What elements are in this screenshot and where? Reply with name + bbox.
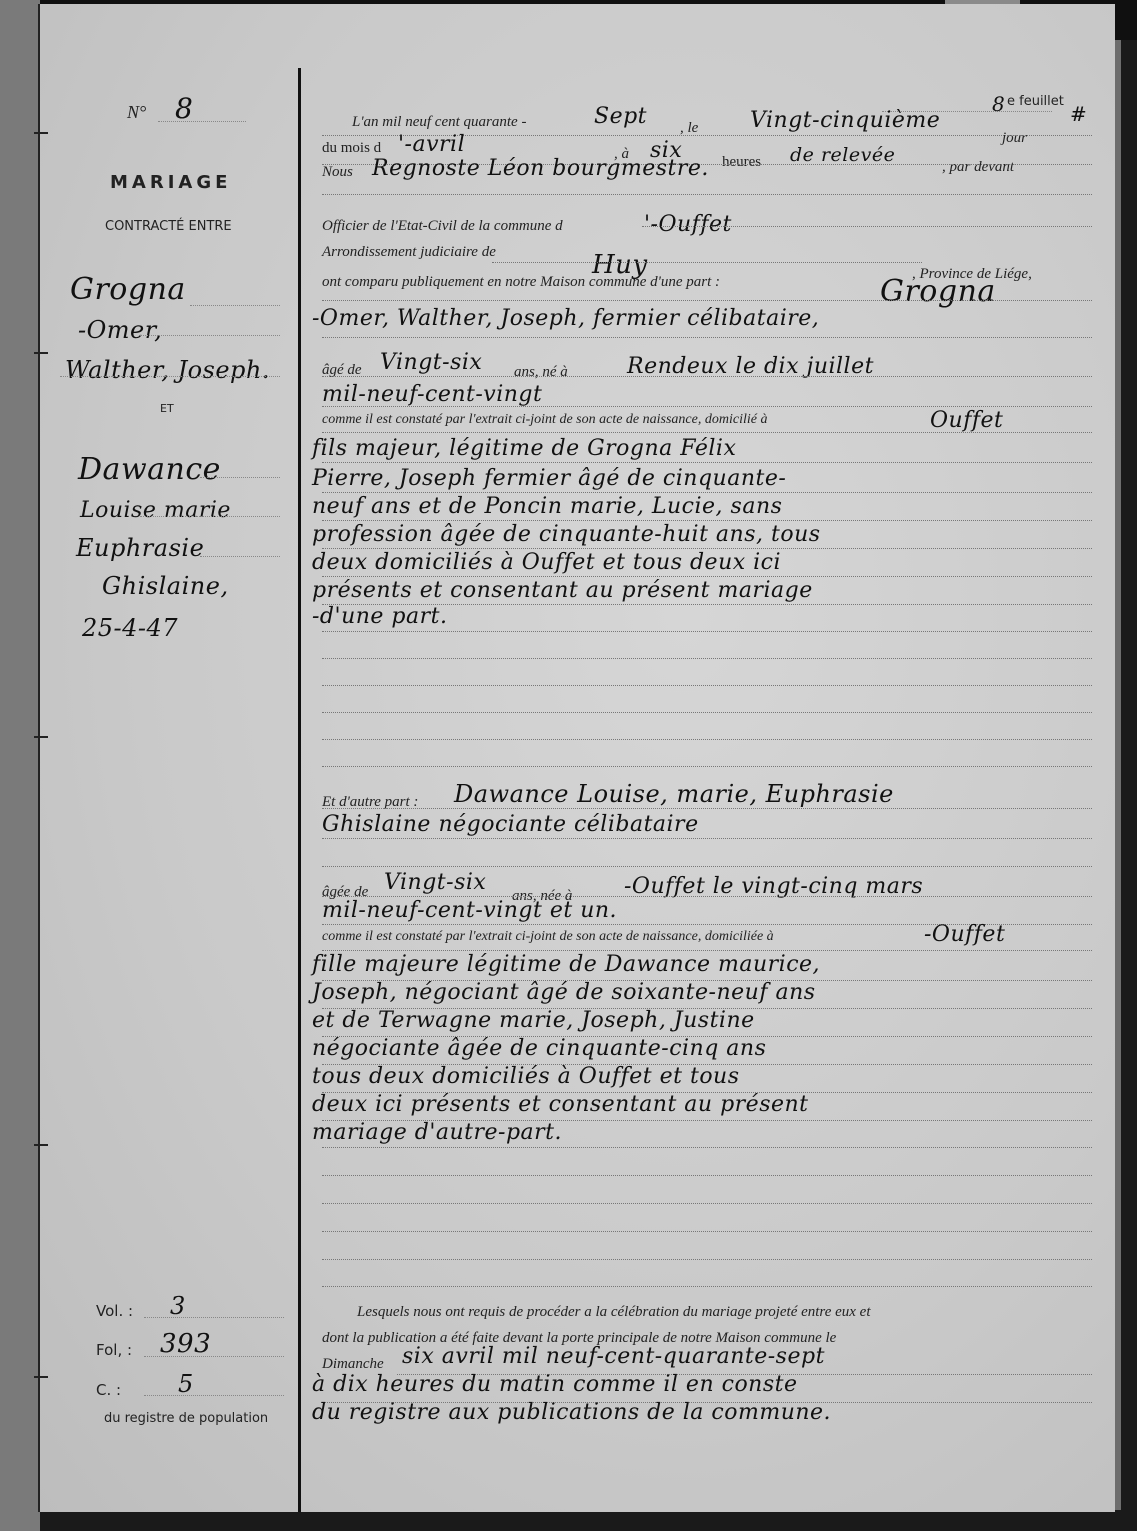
ruled-line <box>642 226 1092 227</box>
printed-text: ans, né à <box>514 364 568 381</box>
printed-text: comme il est constaté par l'extrait ci-j… <box>322 929 774 945</box>
vol-label: Vol. : <box>96 1302 133 1320</box>
printed-text: du mois d <box>322 140 381 157</box>
printed-text: Officier de l'Etat-Civil de la commune d <box>322 218 563 235</box>
bride-parents-line: fille majeure légitime de Dawance mauric… <box>312 952 820 977</box>
ruled-line <box>322 950 1092 951</box>
printed-text: heures <box>722 154 761 171</box>
margin-rule <box>60 376 280 377</box>
background-left <box>0 0 40 1531</box>
groom-age-field: Vingt-six <box>380 350 482 375</box>
ruled-line <box>322 1203 1092 1204</box>
printed-text: Dimanche <box>322 1356 384 1373</box>
register-page: N° 8 MARIAGE CONTRACTÉ ENTRE Grogna -Ome… <box>38 4 1115 1512</box>
c-label: C. : <box>96 1381 121 1399</box>
number-label: N° <box>127 102 146 123</box>
act-body: 8 e feuillet # L'an mil neuf cent quaran… <box>302 4 1102 1512</box>
ruled-line <box>492 262 922 263</box>
ruled-line <box>322 300 1092 301</box>
et-label: ET <box>160 402 174 415</box>
printed-text: L'an mil neuf cent quarante - <box>352 114 526 131</box>
ruled-line <box>322 766 1092 767</box>
groom-parents-line: neuf ans et de Poncin marie, Lucie, sans <box>312 494 782 519</box>
column-divider <box>298 68 301 1512</box>
ruled-line <box>322 712 1092 713</box>
printed-text: jour <box>1002 130 1027 147</box>
heading: MARIAGE <box>110 172 231 193</box>
bride-name-line: Louise marie <box>80 498 231 523</box>
bride-name-line: Dawance <box>78 452 221 487</box>
subheading: CONTRACTÉ ENTRE <box>105 219 232 234</box>
bride-name-line: Euphrasie <box>76 534 204 562</box>
groom-parents-line: deux domiciliés à Ouffet et tous deux ic… <box>312 550 781 575</box>
publication-line: du registre aux publications de la commu… <box>312 1400 831 1425</box>
c-value: 5 <box>178 1370 194 1398</box>
year-field: Sept <box>594 104 647 129</box>
bride-parents-line: et de Terwagne marie, Joseph, Justine <box>312 1008 755 1033</box>
ruled-line <box>322 462 1092 463</box>
groom-parents-line: Pierre, Joseph fermier âgé de cinquante- <box>312 466 786 491</box>
margin-rule <box>190 305 280 306</box>
bride-parents-line: négociante âgée de cinquante-cinq ans <box>312 1036 766 1061</box>
number-rule <box>158 121 246 122</box>
publication-line: à dix heures du matin comme il en conste <box>312 1372 798 1397</box>
ruled-line <box>322 492 1092 493</box>
margin-rule <box>140 516 280 517</box>
groom-domicile-field: Ouffet <box>930 408 1003 433</box>
ruled-line <box>322 1175 1092 1176</box>
groom-name-line: Grogna <box>70 272 186 307</box>
ruled-line <box>322 520 1092 521</box>
ruled-line <box>322 1259 1092 1260</box>
margin-panel: N° 8 MARIAGE CONTRACTÉ ENTRE Grogna -Ome… <box>40 4 298 1512</box>
ruled-line <box>322 838 1092 839</box>
margin-rule <box>200 556 280 557</box>
bride-domicile-field: -Ouffet <box>924 922 1005 947</box>
bride-parents-line: Joseph, négociant âgé de soixante-neuf a… <box>312 980 816 1005</box>
bride-parents-line: mariage d'autre-part. <box>312 1120 562 1145</box>
margin-rule <box>144 1356 284 1357</box>
vol-value: 3 <box>170 1292 186 1320</box>
fol-value: 393 <box>160 1329 211 1359</box>
ruled-line <box>322 631 1092 632</box>
printed-text: Nous <box>322 164 353 181</box>
margin-rule <box>144 1395 284 1396</box>
ruled-line <box>322 808 1092 809</box>
groom-names-field: -Omer, Walther, Joseph, fermier célibata… <box>312 306 819 331</box>
ruled-line <box>322 548 1092 549</box>
registre-label: du registre de population <box>104 1411 268 1426</box>
feuillet-value: 8 <box>992 92 1005 116</box>
margin-rule <box>200 477 280 478</box>
groom-birth-year-field: mil-neuf-cent-vingt <box>322 382 542 407</box>
ruled-line <box>322 1286 1092 1287</box>
ruled-line <box>322 432 1092 433</box>
ruled-line <box>322 1147 1092 1148</box>
groom-parents-line: fils majeur, légitime de Grogna Félix <box>312 436 736 461</box>
bride-occupation-field: Ghislaine négociante célibataire <box>322 812 699 837</box>
feuillet-label: e feuillet <box>1007 94 1064 109</box>
bride-age-field: Vingt-six <box>384 870 486 895</box>
margin-mark: # <box>1070 102 1087 126</box>
commune-field: '-Ouffet <box>644 212 732 237</box>
printed-text: comme il est constaté par l'extrait ci-j… <box>322 412 767 428</box>
ruled-line <box>322 576 1092 577</box>
ruled-line <box>322 658 1092 659</box>
bride-parents-line: deux ici présents et consentant au prése… <box>312 1092 809 1117</box>
printed-text: , par devant <box>942 159 1014 176</box>
groom-parents-line: -d'une part. <box>312 604 447 629</box>
ruled-line <box>322 376 1092 377</box>
ruled-line <box>322 866 1092 867</box>
groom-name-line: Walther, Joseph. <box>65 356 270 384</box>
month-field: '-avril <box>398 132 465 157</box>
officer-field: Regnoste Léon bourgmestre. <box>372 156 709 181</box>
ruled-line <box>322 194 1092 195</box>
ruled-line <box>322 896 1092 897</box>
ruled-line <box>322 406 1092 407</box>
printed-text: Arrondissement judiciaire de <box>322 244 496 261</box>
bride-birth-year-field: mil-neuf-cent-vingt et un. <box>322 898 617 923</box>
groom-parents-line: présents et consentant au présent mariag… <box>312 578 813 603</box>
publication-line: six avril mil neuf-cent-quarante-sept <box>402 1344 825 1369</box>
ruled-line <box>322 685 1092 686</box>
fol-label: Fol, : <box>96 1341 132 1359</box>
groom-name-line: -Omer, <box>78 316 162 344</box>
ruled-line <box>322 337 1092 338</box>
groom-surname-field: Grogna <box>880 274 996 309</box>
ruled-line <box>322 1231 1092 1232</box>
printed-text: Lesquels nous ont requis de procéder a l… <box>357 1304 871 1321</box>
margin-rule <box>144 1317 284 1318</box>
bride-parents-line: tous deux domiciliés à Ouffet et tous <box>312 1064 740 1089</box>
margin-rule <box>140 335 280 336</box>
printed-text: ont comparu publiquement en notre Maison… <box>322 274 720 291</box>
bride-name-line: Ghislaine, <box>102 572 229 600</box>
marriage-date: 25-4-47 <box>82 614 178 642</box>
bride-name-field: Dawance Louise, marie, Euphrasie <box>454 780 894 808</box>
ruled-line <box>322 739 1092 740</box>
relevee-field: de relevée <box>790 144 895 166</box>
groom-parents-line: profession âgée de cinquante-huit ans, t… <box>312 522 821 547</box>
day-field: Vingt-cinquième <box>750 108 940 133</box>
